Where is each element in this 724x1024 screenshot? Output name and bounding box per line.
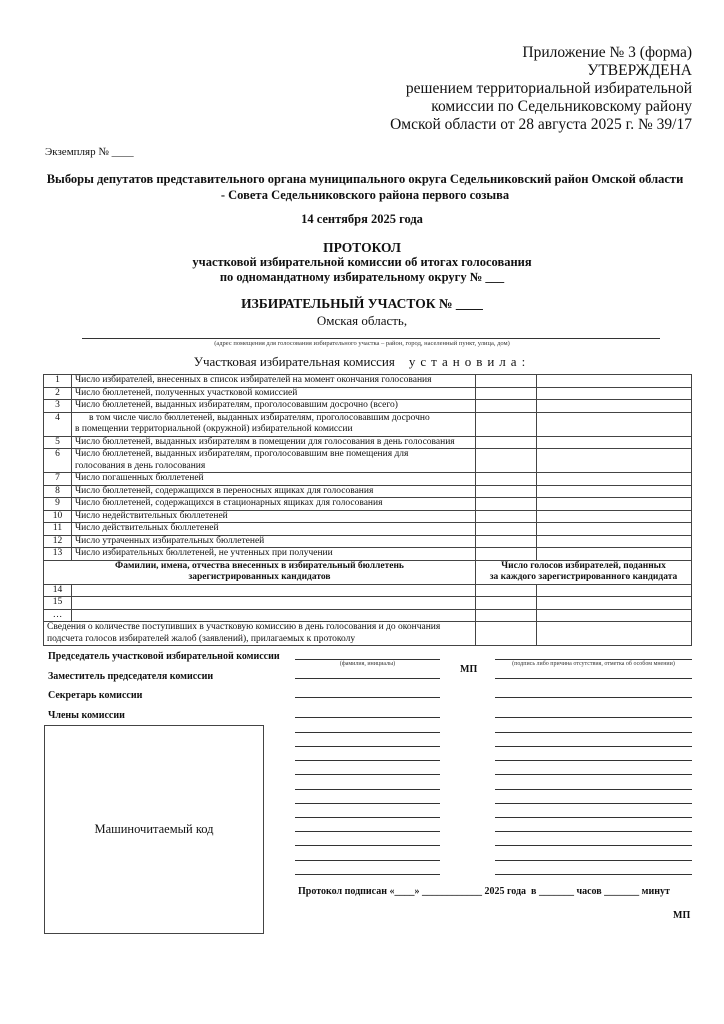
row-word-value[interactable] bbox=[537, 375, 692, 388]
chair-label: Председатель участковой избирательной ко… bbox=[48, 651, 280, 671]
row-number: 6 bbox=[44, 449, 72, 473]
row-number: 9 bbox=[44, 498, 72, 511]
row-label: Число бюллетеней, полученных участковой … bbox=[72, 387, 476, 400]
row-digit-value[interactable] bbox=[476, 375, 537, 388]
signature-line[interactable] bbox=[495, 817, 692, 818]
signature-line[interactable] bbox=[495, 659, 692, 660]
protocol-signed-line: Протокол подписан «____» ____________ 20… bbox=[298, 886, 670, 897]
row-word-value[interactable] bbox=[537, 535, 692, 548]
row-label: Число бюллетеней, содержащихся в перенос… bbox=[72, 485, 476, 498]
row-label: Число утраченных избирательных бюллетене… bbox=[72, 535, 476, 548]
signature-line[interactable] bbox=[495, 803, 692, 804]
approval-line: решением территориальной избирательной bbox=[390, 80, 692, 98]
row-digit-value[interactable] bbox=[476, 498, 537, 511]
signature-line[interactable] bbox=[495, 732, 692, 733]
row-text: Число погашенных бюллетеней bbox=[75, 473, 204, 483]
name-signature-line[interactable] bbox=[295, 845, 440, 846]
name-signature-line[interactable] bbox=[295, 732, 440, 733]
row-digit-value[interactable] bbox=[476, 449, 537, 473]
row-number: 11 bbox=[44, 523, 72, 536]
row-digit-value[interactable] bbox=[476, 400, 537, 413]
established-verb: установила: bbox=[409, 354, 530, 369]
approval-line: комиссии по Седельниковскому району bbox=[390, 98, 692, 116]
name-signature-line[interactable] bbox=[295, 717, 440, 718]
row-word-value[interactable] bbox=[537, 473, 692, 486]
signature-line[interactable] bbox=[495, 717, 692, 718]
row-label: Число бюллетеней, содержащихся в стацион… bbox=[72, 498, 476, 511]
row-number: 2 bbox=[44, 387, 72, 400]
row-number: 12 bbox=[44, 535, 72, 548]
signature-line[interactable] bbox=[495, 845, 692, 846]
row-label: Число бюллетеней, выданных избирателям, … bbox=[72, 400, 476, 413]
signature-labels: Председатель участковой избирательной ко… bbox=[48, 651, 280, 729]
table-row: 9 Число бюллетеней, содержащихся в стаци… bbox=[44, 498, 692, 511]
copy-number: Экземпляр № ____ bbox=[45, 146, 134, 158]
row-digit-value[interactable] bbox=[476, 387, 537, 400]
row-label: Число избирательных бюллетеней, не учтен… bbox=[72, 548, 476, 561]
candidates-votes-header: Число голосов избирателей, поданныхза ка… bbox=[476, 560, 692, 584]
candidate-votes-digits[interactable] bbox=[476, 584, 537, 597]
row-digit-value[interactable] bbox=[476, 485, 537, 498]
row-word-value[interactable] bbox=[537, 498, 692, 511]
row-text: Число избирательных бюллетеней, не учтен… bbox=[75, 548, 333, 558]
row-text: голосования в день голосования bbox=[75, 461, 205, 471]
row-text: Число бюллетеней, выданных избирателям, … bbox=[75, 449, 408, 459]
table-row: 10 Число недействительных бюллетеней bbox=[44, 510, 692, 523]
table-row: 2 Число бюллетеней, полученных участково… bbox=[44, 387, 692, 400]
table-row: 11 Число действительных бюллетеней bbox=[44, 523, 692, 536]
row-digit-value[interactable] bbox=[476, 412, 537, 436]
election-title-line: - Совета Седельниковского района первого… bbox=[20, 187, 710, 203]
name-signature-line[interactable] bbox=[295, 789, 440, 790]
complaints-digits[interactable] bbox=[476, 622, 537, 646]
approval-line: УТВЕРЖДЕНА bbox=[390, 62, 692, 80]
row-digit-value[interactable] bbox=[476, 523, 537, 536]
candidate-votes-words[interactable] bbox=[537, 584, 692, 597]
row-number: 8 bbox=[44, 485, 72, 498]
signature-line[interactable] bbox=[495, 774, 692, 775]
row-number: 13 bbox=[44, 548, 72, 561]
address-field[interactable] bbox=[82, 338, 660, 339]
row-label: Число действительных бюллетеней bbox=[72, 523, 476, 536]
row-text: Число действительных бюллетеней bbox=[75, 523, 219, 533]
row-number: 10 bbox=[44, 510, 72, 523]
protocol-heading: ПРОТОКОЛ bbox=[0, 240, 724, 255]
established-line: Участковая избирательная комиссияустанов… bbox=[0, 354, 724, 370]
complaints-words[interactable] bbox=[537, 622, 692, 646]
candidate-number: … bbox=[44, 609, 72, 622]
table-row: 4 в том числе число бюллетеней, выданных… bbox=[44, 412, 692, 436]
machine-readable-code-box: Машиночитаемый код bbox=[44, 725, 264, 934]
candidate-row: 14 bbox=[44, 584, 692, 597]
signature-line[interactable] bbox=[495, 760, 692, 761]
table-row: 3 Число бюллетеней, выданных избирателям… bbox=[44, 400, 692, 413]
row-word-value[interactable] bbox=[537, 510, 692, 523]
protocol-title: ПРОТОКОЛ участковой избирательной комисс… bbox=[0, 240, 724, 285]
candidate-name[interactable] bbox=[72, 609, 476, 622]
row-label: в том числе число бюллетеней, выданных и… bbox=[72, 412, 476, 436]
candidate-votes-words[interactable] bbox=[537, 597, 692, 610]
polling-station: ИЗБИРАТЕЛЬНЫЙ УЧАСТОК № ____ bbox=[0, 296, 724, 312]
signature-line[interactable] bbox=[495, 831, 692, 832]
row-text: Число бюллетеней, содержащихся в перенос… bbox=[75, 486, 373, 496]
row-word-value[interactable] bbox=[537, 449, 692, 473]
candidates-header-row: Фамилии, имена, отчества внесенных в изб… bbox=[44, 560, 692, 584]
table-row: 7 Число погашенных бюллетеней bbox=[44, 473, 692, 486]
row-number: 4 bbox=[44, 412, 72, 436]
signature-line[interactable] bbox=[495, 789, 692, 790]
name-signature-line[interactable] bbox=[295, 831, 440, 832]
election-date: 14 сентября 2025 года bbox=[0, 212, 724, 227]
row-number: 1 bbox=[44, 375, 72, 388]
row-digit-value[interactable] bbox=[476, 548, 537, 561]
row-digit-value[interactable] bbox=[476, 436, 537, 449]
name-signature-line[interactable] bbox=[295, 874, 440, 875]
row-number: 3 bbox=[44, 400, 72, 413]
row-word-value[interactable] bbox=[537, 485, 692, 498]
candidate-votes-digits[interactable] bbox=[476, 597, 537, 610]
table-row: 12 Число утраченных избирательных бюллет… bbox=[44, 535, 692, 548]
name-signature-line[interactable] bbox=[295, 746, 440, 747]
address-hint: (адрес помещения для голосования избират… bbox=[0, 340, 724, 347]
candidates-names-header: Фамилии, имена, отчества внесенных в изб… bbox=[44, 560, 476, 584]
row-digit-value[interactable] bbox=[476, 473, 537, 486]
row-label: Число недействительных бюллетеней bbox=[72, 510, 476, 523]
row-word-value[interactable] bbox=[537, 548, 692, 561]
established-prefix: Участковая избирательная комиссия bbox=[194, 354, 395, 369]
machine-code-label: Машиночитаемый код bbox=[94, 822, 213, 837]
row-text: Число бюллетеней, содержащихся в стацион… bbox=[75, 498, 382, 508]
table-row: 5 Число бюллетеней, выданных избирателям… bbox=[44, 436, 692, 449]
candidate-row: … bbox=[44, 609, 692, 622]
candidate-row: 15 bbox=[44, 597, 692, 610]
row-word-value[interactable] bbox=[537, 400, 692, 413]
row-text: в помещении территориальной (окружной) и… bbox=[75, 424, 353, 434]
table-row: 6 Число бюллетеней, выданных избирателям… bbox=[44, 449, 692, 473]
row-label: Число бюллетеней, выданных избирателям, … bbox=[72, 449, 476, 473]
row-number: 7 bbox=[44, 473, 72, 486]
row-word-value[interactable] bbox=[537, 412, 692, 436]
row-label: Число избирателей, внесенных в список из… bbox=[72, 375, 476, 388]
name-signature-line[interactable] bbox=[295, 760, 440, 761]
candidate-number: 14 bbox=[44, 584, 72, 597]
name-signature-line[interactable] bbox=[295, 803, 440, 804]
candidate-votes-words[interactable] bbox=[537, 609, 692, 622]
approval-line: Омской области от 28 августа 2025 г. № 3… bbox=[390, 116, 692, 134]
protocol-subtitle: участковой избирательной комиссии об ито… bbox=[0, 255, 724, 270]
row-text: Число бюллетеней, выданных избирателям в… bbox=[75, 437, 455, 447]
name-signature-line[interactable] bbox=[295, 697, 440, 698]
candidate-name[interactable] bbox=[72, 597, 476, 610]
signature-hint: (подпись либо причина отсутствия, отметк… bbox=[495, 661, 692, 667]
deputy-label: Заместитель председателя комиссии bbox=[48, 671, 280, 691]
row-word-value[interactable] bbox=[537, 523, 692, 536]
signature-line[interactable] bbox=[495, 746, 692, 747]
row-digit-value[interactable] bbox=[476, 535, 537, 548]
approval-block: Приложение № 3 (форма) УТВЕРЖДЕНА решени… bbox=[390, 44, 692, 134]
name-hint: (фамилия, инициалы) bbox=[295, 661, 440, 667]
candidate-number: 15 bbox=[44, 597, 72, 610]
row-digit-value[interactable] bbox=[476, 510, 537, 523]
row-text: Число недействительных бюллетеней bbox=[75, 511, 228, 521]
name-signature-line[interactable] bbox=[295, 659, 440, 660]
row-label: Число погашенных бюллетеней bbox=[72, 473, 476, 486]
table-row: 8 Число бюллетеней, содержащихся в перен… bbox=[44, 485, 692, 498]
protocol-table: 1 Число избирателей, внесенных в список … bbox=[43, 374, 692, 646]
seal-mark-bottom: МП bbox=[673, 910, 690, 921]
candidate-votes-digits[interactable] bbox=[476, 609, 537, 622]
signature-line[interactable] bbox=[495, 874, 692, 875]
signature-line[interactable] bbox=[495, 697, 692, 698]
row-text: Число утраченных избирательных бюллетене… bbox=[75, 536, 264, 546]
table-row: 13 Число избирательных бюллетеней, не уч… bbox=[44, 548, 692, 561]
signature-line[interactable] bbox=[495, 678, 692, 679]
row-word-value[interactable] bbox=[537, 436, 692, 449]
complaints-label: Сведения о количестве поступивших в учас… bbox=[44, 622, 476, 646]
complaints-row: Сведения о количестве поступивших в учас… bbox=[44, 622, 692, 646]
election-title: Выборы депутатов представительного орган… bbox=[20, 171, 710, 203]
row-label: Число бюллетеней, выданных избирателям в… bbox=[72, 436, 476, 449]
signature-line[interactable] bbox=[495, 860, 692, 861]
row-text: Число избирателей, внесенных в список из… bbox=[75, 375, 432, 385]
row-text: в том числе число бюллетеней, выданных и… bbox=[75, 413, 430, 425]
protocol-subtitle: по одномандатному избирательному округу … bbox=[0, 270, 724, 285]
row-word-value[interactable] bbox=[537, 387, 692, 400]
table-row: 1 Число избирателей, внесенных в список … bbox=[44, 375, 692, 388]
row-text: Число бюллетеней, выданных избирателям, … bbox=[75, 400, 398, 410]
election-title-line: Выборы депутатов представительного орган… bbox=[20, 171, 710, 187]
name-signature-line[interactable] bbox=[295, 860, 440, 861]
name-signature-line[interactable] bbox=[295, 774, 440, 775]
name-signature-line[interactable] bbox=[295, 678, 440, 679]
row-number: 5 bbox=[44, 436, 72, 449]
secretary-label: Секретарь комиссии bbox=[48, 690, 280, 710]
name-signature-line[interactable] bbox=[295, 817, 440, 818]
row-text: Число бюллетеней, полученных участковой … bbox=[75, 388, 297, 398]
region: Омская область, bbox=[0, 313, 724, 329]
approval-line: Приложение № 3 (форма) bbox=[390, 44, 692, 62]
candidate-name[interactable] bbox=[72, 584, 476, 597]
seal-mark: МП bbox=[460, 664, 477, 675]
